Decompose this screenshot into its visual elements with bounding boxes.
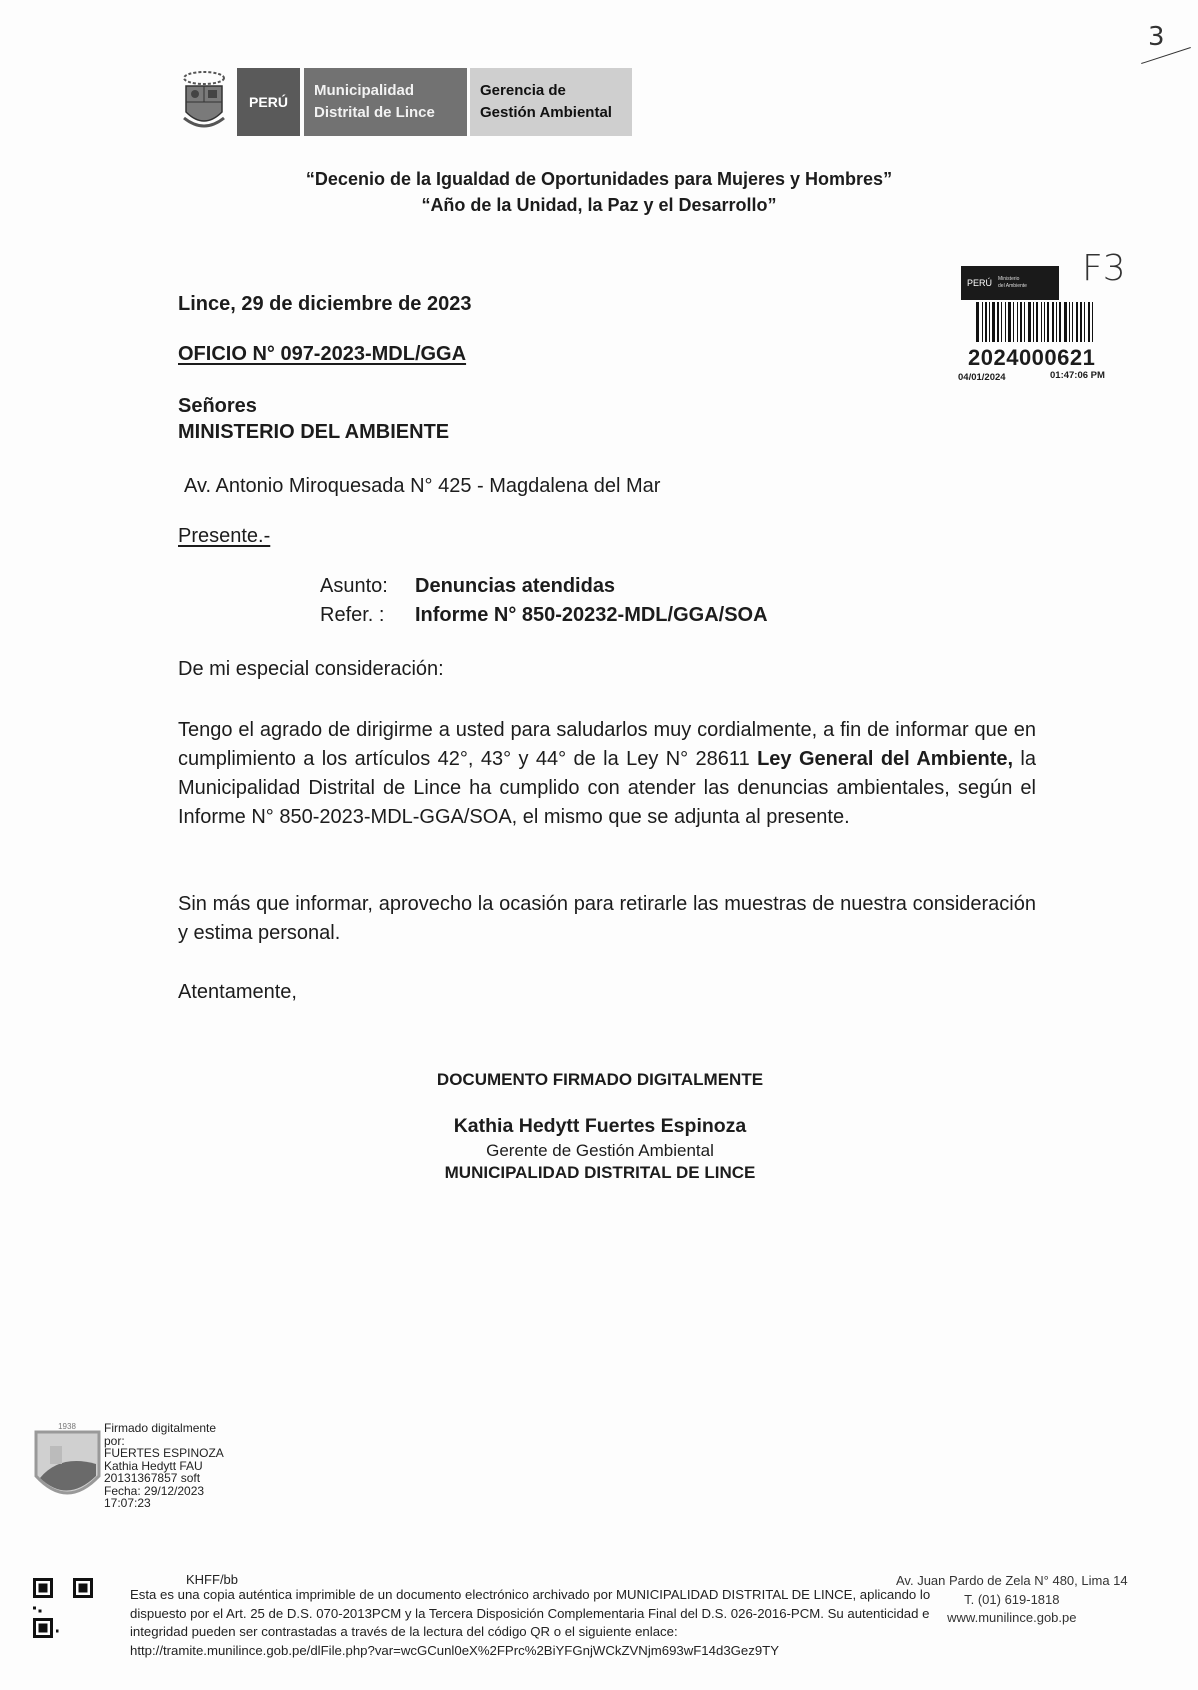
typist-initials: KHFF/bb <box>186 1572 238 1587</box>
digital-sign-notice: DOCUMENTO FIRMADO DIGITALMENTE <box>340 1068 860 1092</box>
presente: Presente.- <box>178 522 270 550</box>
handwritten-annotation: F3 <box>1082 248 1126 289</box>
svg-text:1938: 1938 <box>58 1422 76 1431</box>
body-paragraph-1: Tengo el agrado de dirigirme a usted par… <box>178 716 1036 832</box>
authenticity-notice: Esta es una copia auténtica imprimible d… <box>130 1586 1030 1660</box>
reference-number: OFICIO N° 097-2023-MDL/GGA <box>178 340 466 368</box>
coat-of-arms-icon <box>178 68 230 136</box>
barcode-icon <box>976 302 1094 342</box>
reference-line: Refer. :Informe N° 850-20232-MDL/GGA/SOA <box>320 601 768 630</box>
salutation: Señores <box>178 392 257 420</box>
municipal-seal-icon: 1938 <box>30 1418 105 1508</box>
signer-position: Gerente de Gestión Ambiental <box>340 1139 860 1163</box>
recipient: MINISTERIO DEL AMBIENTE <box>178 418 449 446</box>
qr-code-icon[interactable] <box>33 1578 93 1638</box>
verification-link[interactable]: http://tramite.munilince.gob.pe/dlFile.p… <box>130 1642 1030 1661</box>
digital-signature-details: Firmado digitalmente por: FUERTES ESPINO… <box>104 1422 224 1510</box>
handwritten-page-number: 3 <box>1148 22 1165 52</box>
body-paragraph-2: Sin más que informar, aprovecho la ocasi… <box>178 890 1036 948</box>
signer-name: Kathia Hedytt Fuertes Espinoza <box>340 1114 860 1138</box>
office-brand-box: Gerencia de Gestión Ambiental <box>470 68 632 136</box>
peru-brand-box: PERÚ <box>237 68 300 136</box>
stamp-time: 01:47:06 PM <box>1050 370 1105 381</box>
signer-organization: MUNICIPALIDAD DISTRITAL DE LINCE <box>340 1161 860 1185</box>
greeting: De mi especial consideración: <box>178 655 444 683</box>
subject-line: Asunto:Denuncias atendidas <box>320 572 615 601</box>
stamp-header: PERÚ Ministerio del Ambiente <box>961 266 1059 300</box>
place-date: Lince, 29 de diciembre de 2023 <box>178 290 471 318</box>
municipality-brand-box: Municipalidad Distrital de Lince <box>304 68 467 136</box>
closing: Atentamente, <box>178 978 297 1006</box>
stamp-date: 04/01/2024 <box>958 372 1006 383</box>
recipient-address: Av. Antonio Miroquesada N° 425 - Magdale… <box>184 472 660 500</box>
registry-number: 2024000621 <box>968 345 1095 371</box>
official-mottos: “Decenio de la Igualdad de Oportunidades… <box>0 166 1198 218</box>
